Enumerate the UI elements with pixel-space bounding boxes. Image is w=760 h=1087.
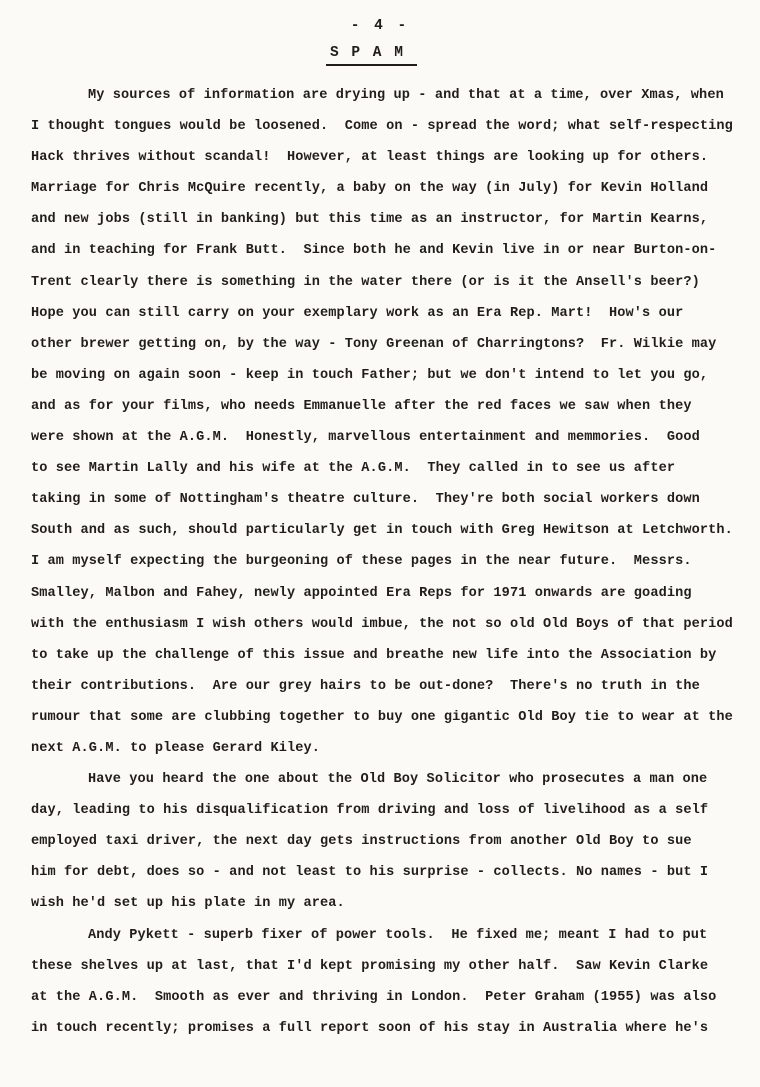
text-line: Smalley, Malbon and Fahey, newly appoint… xyxy=(31,578,746,609)
text-line: I thought tongues would be loosened. Com… xyxy=(31,111,746,142)
document-title: S P A M xyxy=(326,45,417,66)
text-line: other brewer getting on, by the way - To… xyxy=(31,329,746,360)
text-line: Andy Pykett - superb fixer of power tool… xyxy=(31,920,746,951)
text-line: rumour that some are clubbing together t… xyxy=(31,702,746,733)
text-line: wish he'd set up his plate in my area. xyxy=(31,888,746,919)
text-line: South and as such, should particularly g… xyxy=(31,515,746,546)
text-line: Marriage for Chris McQuire recently, a b… xyxy=(31,173,746,204)
text-line: employed taxi driver, the next day gets … xyxy=(31,826,746,857)
text-line: him for debt, does so - and not least to… xyxy=(31,857,746,888)
page-number: - 4 - xyxy=(0,18,760,34)
document-page: - 4 - S P A M My sources of information … xyxy=(0,0,760,1087)
text-line: next A.G.M. to please Gerard Kiley. xyxy=(31,733,746,764)
text-line: My sources of information are drying up … xyxy=(31,80,746,111)
text-line: Have you heard the one about the Old Boy… xyxy=(31,764,746,795)
text-line: to see Martin Lally and his wife at the … xyxy=(31,453,746,484)
text-line: to take up the challenge of this issue a… xyxy=(31,640,746,671)
text-line: taking in some of Nottingham's theatre c… xyxy=(31,484,746,515)
text-line: and in teaching for Frank Butt. Since bo… xyxy=(31,235,746,266)
text-line: day, leading to his disqualification fro… xyxy=(31,795,746,826)
text-line: Trent clearly there is something in the … xyxy=(31,267,746,298)
text-line: and new jobs (still in banking) but this… xyxy=(31,204,746,235)
text-line: I am myself expecting the burgeoning of … xyxy=(31,546,746,577)
text-line: these shelves up at last, that I'd kept … xyxy=(31,951,746,982)
paragraph: Andy Pykett - superb fixer of power tool… xyxy=(31,920,746,1044)
text-line: were shown at the A.G.M. Honestly, marve… xyxy=(31,422,746,453)
text-line: their contributions. Are our grey hairs … xyxy=(31,671,746,702)
text-line: be moving on again soon - keep in touch … xyxy=(31,360,746,391)
text-line: Hope you can still carry on your exempla… xyxy=(31,298,746,329)
document-body: My sources of information are drying up … xyxy=(31,80,746,1044)
text-line: with the enthusiasm I wish others would … xyxy=(31,609,746,640)
text-line: and as for your films, who needs Emmanue… xyxy=(31,391,746,422)
text-line: at the A.G.M. Smooth as ever and thrivin… xyxy=(31,982,746,1013)
paragraph: My sources of information are drying up … xyxy=(31,80,746,764)
text-line: Hack thrives without scandal! However, a… xyxy=(31,142,746,173)
paragraph: Have you heard the one about the Old Boy… xyxy=(31,764,746,919)
text-line: in touch recently; promises a full repor… xyxy=(31,1013,746,1044)
